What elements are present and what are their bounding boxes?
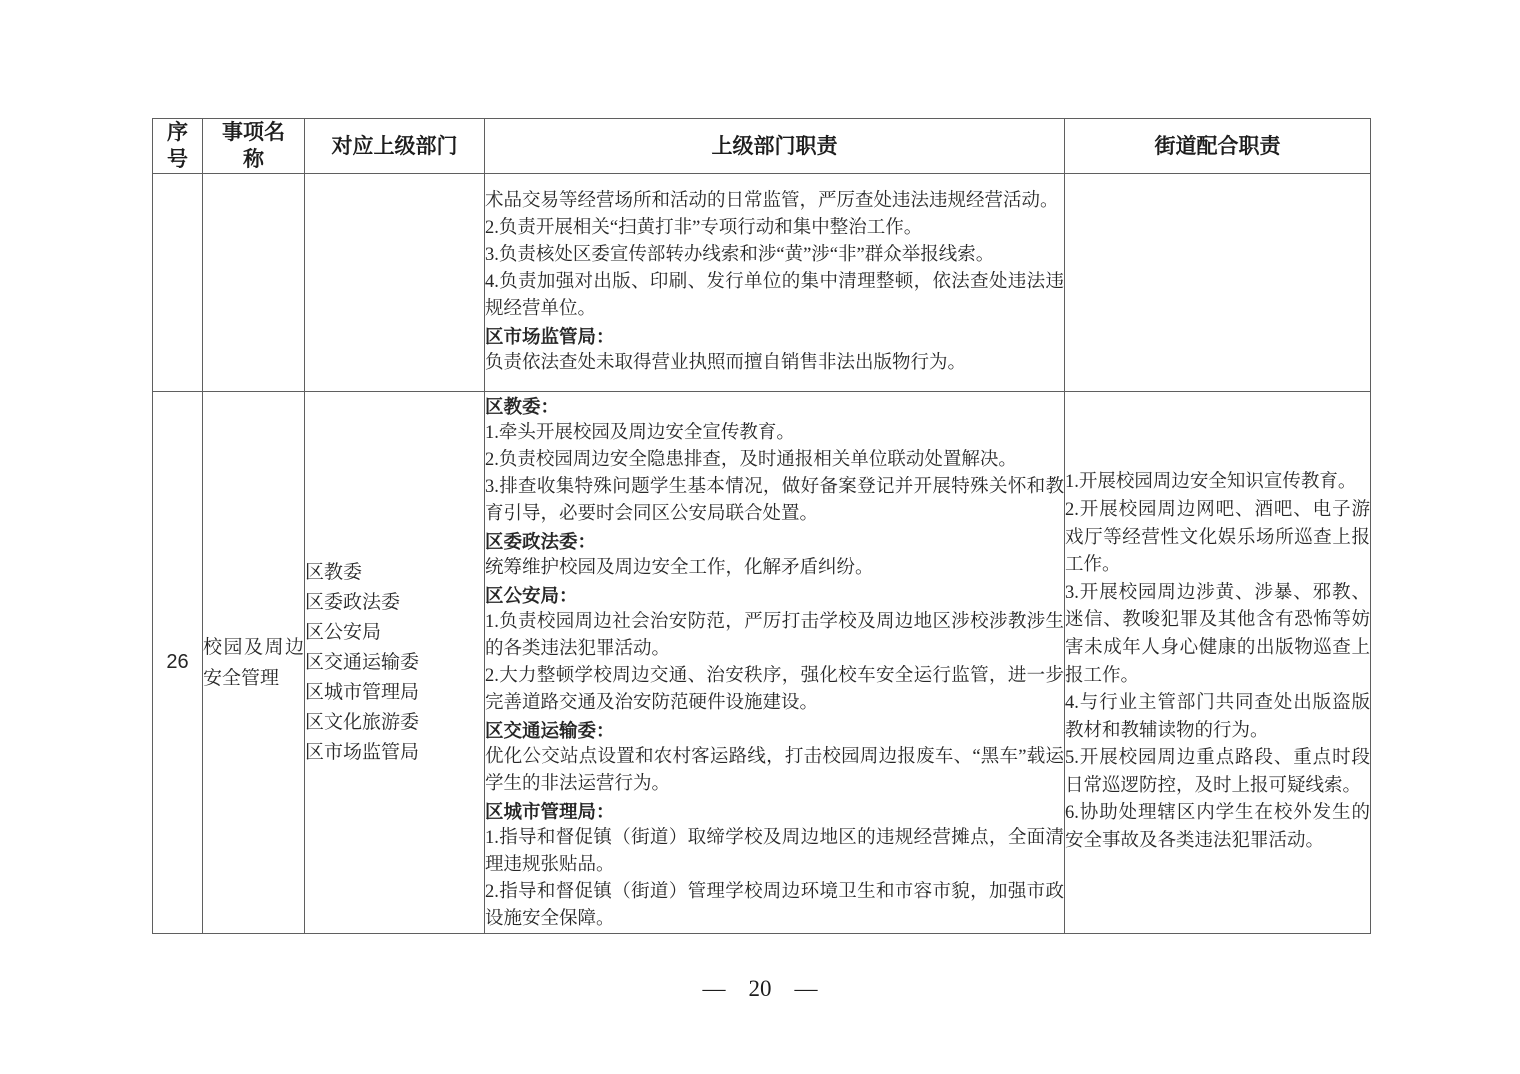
duty-paragraph: 3.负责核处区委宣传部转办线索和涉“黄”涉“非”群众举报线索。 (485, 242, 1064, 269)
header-item-name: 事项名称 (203, 119, 305, 174)
header-departments: 对应上级部门 (305, 119, 485, 174)
duty-paragraph: 术品交易等经营场所和活动的日常监管，严厉查处违法违规经营活动。 (485, 188, 1064, 215)
department-item: 区委政法委 (305, 588, 484, 618)
header-superior-duty: 上级部门职责 (485, 119, 1065, 174)
street-duty-cell: 1.开展校园周边安全知识宣传教育。2.开展校园周边网吧、酒吧、电子游戏厅等经营性… (1065, 392, 1371, 934)
responsibility-table: 序号 事项名称 对应上级部门 上级部门职责 街道配合职责 术品交易等经营场所和活… (152, 118, 1371, 934)
duty-paragraph: 4.与行业主管部门共同查处出版盗版教材和教辅读物的行为。 (1065, 690, 1370, 745)
department-item: 区城市管理局 (305, 678, 484, 708)
duty-paragraph: 2.负责校园周边安全隐患排查，及时通报相关单位联动处置解决。 (485, 447, 1064, 474)
document-page: 序号 事项名称 对应上级部门 上级部门职责 街道配合职责 术品交易等经营场所和活… (0, 0, 1520, 1074)
duty-paragraph: 区公安局： (485, 582, 1064, 609)
duty-paragraph: 区城市管理局： (485, 798, 1064, 825)
department-item: 区文化旅游委 (305, 708, 484, 738)
department-item: 区市场监管局 (305, 738, 484, 768)
duty-paragraph: 5.开展校园周边重点路段、重点时段日常巡逻防控，及时上报可疑线索。 (1065, 745, 1370, 800)
duty-paragraph: 区市场监管局： (485, 323, 1064, 350)
header-seq: 序号 (153, 119, 203, 174)
table-header-row: 序号 事项名称 对应上级部门 上级部门职责 街道配合职责 (153, 119, 1371, 174)
duty-paragraph: 4.负责加强对出版、印刷、发行单位的集中清理整顿，依法查处违法违规经营单位。 (485, 269, 1064, 323)
superior-duty-cell: 术品交易等经营场所和活动的日常监管，严厉查处违法违规经营活动。2.负责开展相关“… (485, 174, 1065, 392)
duty-paragraph: 负责依法查处未取得营业执照而擅自销售非法出版物行为。 (485, 350, 1064, 377)
duty-paragraph: 2.负责开展相关“扫黄打非”专项行动和集中整治工作。 (485, 215, 1064, 242)
departments-cell: 区教委区委政法委区公安局区交通运输委区城市管理局区文化旅游委区市场监管局 (305, 392, 485, 934)
department-item: 区交通运输委 (305, 648, 484, 678)
duty-paragraph: 2.大力整顿学校周边交通、治安秩序，强化校车安全运行监管，进一步完善道路交通及治… (485, 663, 1064, 717)
duty-paragraph: 2.指导和督促镇（街道）管理学校周边环境卫生和市容市貌，加强市政设施安全保障。 (485, 879, 1064, 933)
department-item: 区公安局 (305, 618, 484, 648)
page-number: — 20 — (0, 970, 1520, 1003)
header-street-duty: 街道配合职责 (1065, 119, 1371, 174)
duty-paragraph: 区委政法委： (485, 528, 1064, 555)
duty-paragraph: 6.协助处理辖区内学生在校外发生的安全事故及各类违法犯罪活动。 (1065, 800, 1370, 855)
department-item: 区教委 (305, 558, 484, 588)
table-row-continuation: 术品交易等经营场所和活动的日常监管，严厉查处违法违规经营活动。2.负责开展相关“… (153, 174, 1371, 392)
departments-cell-empty (305, 174, 485, 392)
item-name-cell-empty (203, 174, 305, 392)
duty-paragraph: 2.开展校园周边网吧、酒吧、电子游戏厅等经营性文化娱乐场所巡查上报工作。 (1065, 497, 1370, 580)
seq-cell-empty (153, 174, 203, 392)
duty-paragraph: 1.开展校园周边安全知识宣传教育。 (1065, 469, 1370, 497)
duty-paragraph: 1.牵头开展校园及周边安全宣传教育。 (485, 420, 1064, 447)
table-row-26: 26 校园及周边安全管理 区教委区委政法委区公安局区交通运输委区城市管理局区文化… (153, 392, 1371, 934)
superior-duty-cell: 区教委：1.牵头开展校园及周边安全宣传教育。2.负责校园周边安全隐患排查，及时通… (485, 392, 1065, 934)
duty-paragraph: 统筹维护校园及周边安全工作，化解矛盾纠纷。 (485, 555, 1064, 582)
item-name-cell: 校园及周边安全管理 (203, 392, 305, 934)
street-duty-cell-empty (1065, 174, 1371, 392)
duty-paragraph: 1.负责校园周边社会治安防范，严厉打击学校及周边地区涉校涉教涉生的各类违法犯罪活… (485, 609, 1064, 663)
duty-paragraph: 优化公交站点设置和农村客运路线，打击校园周边报废车、“黑车”载运学生的非法运营行… (485, 744, 1064, 798)
duty-paragraph: 3.开展校园周边涉黄、涉暴、邪教、迷信、教唆犯罪及其他含有恐怖等妨害未成年人身心… (1065, 580, 1370, 690)
duty-paragraph: 3.排查收集特殊问题学生基本情况，做好备案登记并开展特殊关怀和教育引导，必要时会… (485, 474, 1064, 528)
duty-paragraph: 区交通运输委： (485, 717, 1064, 744)
duty-paragraph: 区教委： (485, 393, 1064, 420)
duty-paragraph: 1.指导和督促镇（街道）取缔学校及周边地区的违规经营摊点，全面清理违规张贴品。 (485, 825, 1064, 879)
seq-cell: 26 (153, 392, 203, 934)
